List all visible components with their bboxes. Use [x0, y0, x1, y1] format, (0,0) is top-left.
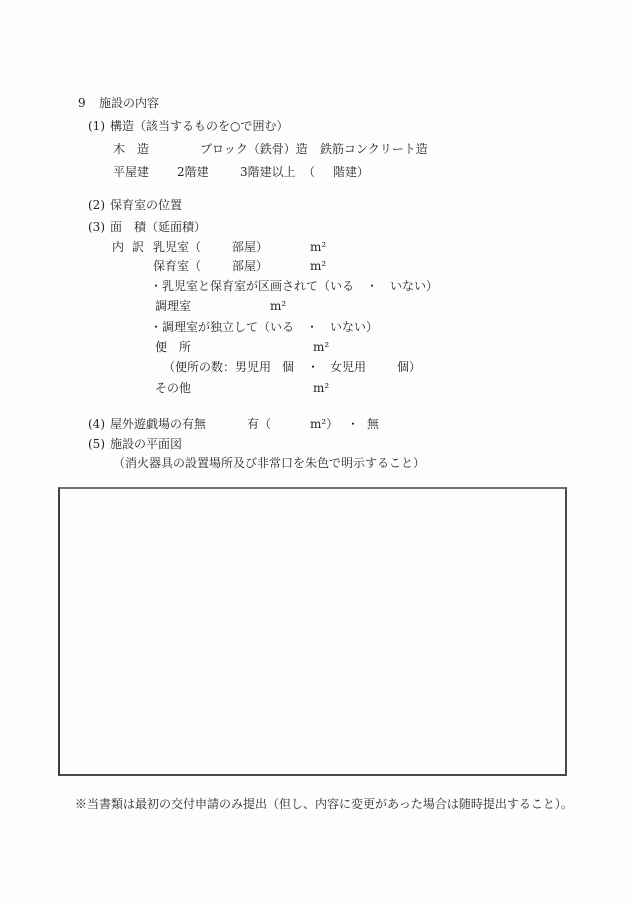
toilet-label: 便 所 — [155, 339, 191, 356]
item-playground-label: 屋外遊戯場の有無 — [110, 416, 206, 433]
item-room-position-label: 保育室の位置 — [110, 197, 182, 214]
toilet-area-unit: m² — [313, 339, 329, 356]
kitchen-area-unit: m² — [270, 298, 286, 315]
item-floor-plan-label: 施設の平面図 — [110, 436, 182, 453]
childcare-room-label: 保育室（ — [153, 258, 201, 275]
item-playground: (4) 屋外遊戯場の有無 有（ m²） ・ 無 — [0, 416, 630, 433]
area-breakdown-toilet-row: 便 所 m² — [0, 339, 630, 356]
kitchen-label: 調理室 — [155, 298, 191, 315]
structure-material-options-row: 木 造 ブロック（鉄骨）造 鉄筋コンクリート造 — [0, 141, 630, 158]
section-title: 施設の内容 — [99, 95, 159, 112]
other-area-unit: m² — [313, 380, 329, 397]
other-label: その他 — [155, 380, 191, 397]
item-structure: (1) 構造（該当するものを○で囲む） — [0, 118, 630, 135]
floor-fill-close: 階建） — [333, 164, 369, 181]
floor-plan-box — [58, 487, 567, 776]
material-option-reinforced-concrete: 鉄筋コンクリート造 — [320, 141, 428, 158]
toilet-count-female-label: 女児用 — [330, 359, 366, 376]
item-playground-number: (4) — [88, 416, 105, 433]
footnote-text: ※当書類は最初の交付申請のみ提出（但し、内容に変更があった場合は随時提出すること… — [75, 796, 573, 813]
childcare-area-unit: m² — [310, 258, 326, 275]
item-structure-number: (1) — [88, 118, 105, 135]
area-breakdown-kitchen-row: 調理室 m² — [0, 298, 630, 315]
footnote-row: ※当書類は最初の交付申請のみ提出（但し、内容に変更があった場合は随時提出すること… — [0, 796, 630, 813]
kitchen-note: ・調理室が独立して（いる ・ いない） — [150, 319, 378, 336]
item-area: (3) 面 積（延面積） — [0, 219, 630, 236]
item-area-label: 面 積（延面積） — [110, 219, 206, 236]
structure-floor-options-row: 平屋建 2階建 3階建以上 （ 階建） — [0, 164, 630, 181]
toilet-count-row: （便所の数：男児用 個 ・ 女児用 個） — [0, 359, 630, 376]
floor-plan-note-row: （消火器具の設置場所及び非常口を朱色で明示すること） — [0, 455, 630, 472]
partition-note-row: ・乳児室と保育室が区画されて（いる ・ いない） — [0, 278, 630, 295]
item-room-position: (2) 保育室の位置 — [0, 197, 630, 214]
partition-note: ・乳児室と保育室が区画されて（いる ・ いない） — [150, 278, 438, 295]
floor-option-one-story: 平屋建 — [113, 164, 149, 181]
material-option-wood: 木 造 — [113, 141, 149, 158]
item-area-number: (3) — [88, 219, 105, 236]
toilet-count-prefix: （便所の数：男児用 — [163, 359, 271, 376]
playground-unit-close: m²） — [310, 416, 338, 433]
breakdown-label-second: 訳 — [132, 239, 144, 256]
floor-option-two-story: 2階建 — [177, 164, 209, 181]
item-structure-label: 構造（該当するものを○で囲む） — [110, 118, 288, 135]
area-breakdown-nursery-row: 内 訳 乳児室（ 部屋） m² — [0, 239, 630, 256]
nursery-area-unit: m² — [310, 239, 326, 256]
item-floor-plan: (5) 施設の平面図 — [0, 436, 630, 453]
area-breakdown-other-row: その他 m² — [0, 380, 630, 397]
section-heading: 9 施設の内容 — [0, 95, 630, 112]
floor-option-three-plus: 3階建以上 — [240, 164, 296, 181]
nursery-room-label: 乳児室（ — [153, 239, 201, 256]
floor-plan-note: （消火器具の設置場所及び非常口を朱色で明示すること） — [113, 455, 425, 472]
material-option-block-steel: ブロック（鉄骨）造 — [200, 141, 308, 158]
childcare-rooms-close: 部屋） — [232, 258, 268, 275]
floor-fill-open-paren: （ — [303, 164, 315, 181]
toilet-count-female-unit: 個） — [397, 359, 421, 376]
playground-separator: ・ — [347, 416, 359, 433]
kitchen-note-row: ・調理室が独立して（いる ・ いない） — [0, 319, 630, 336]
section-number: 9 — [78, 95, 86, 112]
toilet-count-male-unit: 個 — [282, 359, 294, 376]
toilet-count-separator: ・ — [307, 359, 319, 376]
item-floor-plan-number: (5) — [88, 436, 105, 453]
form-page: 9 施設の内容 (1) 構造（該当するものを○で囲む） 木 造 ブロック（鉄骨）… — [0, 0, 630, 903]
item-room-position-number: (2) — [88, 197, 105, 214]
breakdown-label-first: 内 — [112, 239, 124, 256]
playground-yes-open: 有（ — [247, 416, 271, 433]
area-breakdown-childcare-row: 保育室（ 部屋） m² — [0, 258, 630, 275]
nursery-rooms-close: 部屋） — [232, 239, 268, 256]
playground-no-label: 無 — [367, 416, 379, 433]
